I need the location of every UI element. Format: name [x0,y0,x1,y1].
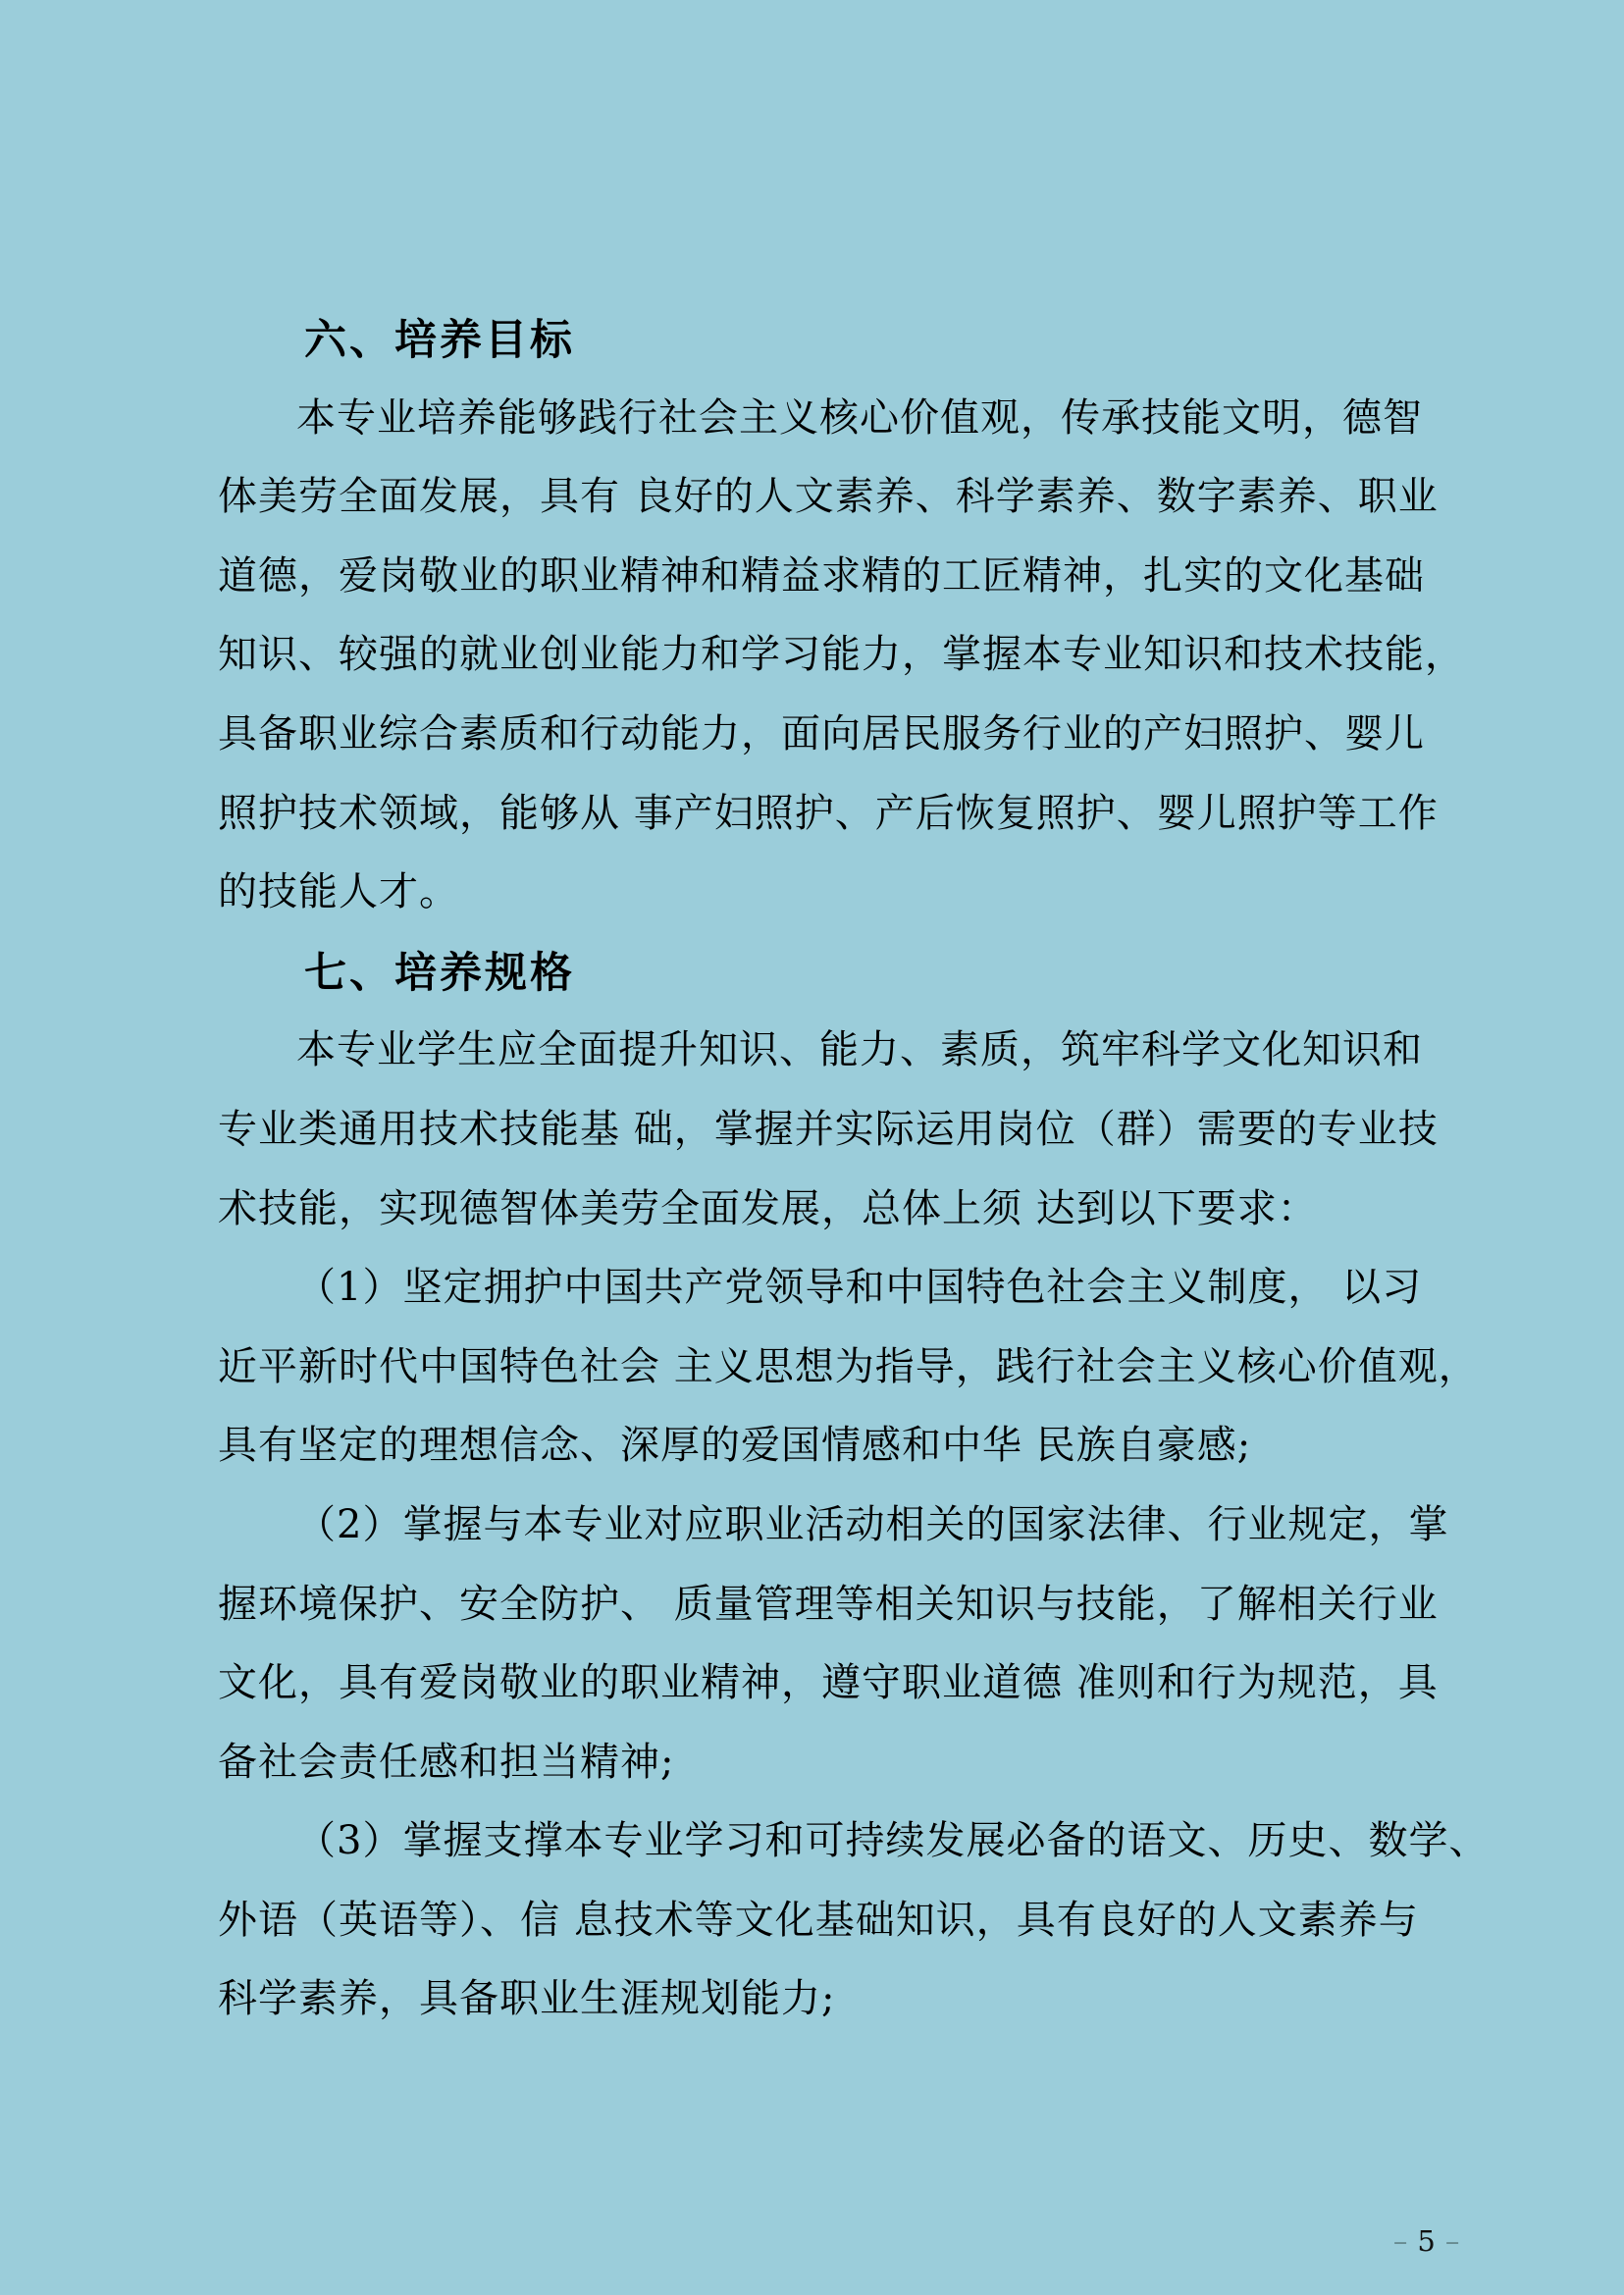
text-line: （1）坚定拥护中国共产党领导和中国特色社会主义制度， 以习 [218,1265,1474,1344]
footer-dash-left: – [1393,2224,1408,2258]
text-line: 知识、较强的就业创业能力和学习能力，掌握本专业知识和技术技能， [218,632,1474,711]
text-line: 近平新时代中国特色社会 主义思想为指导，践行社会主义核心价值观， [218,1344,1474,1424]
text-line: 专业类通用技术技能基 础，掌握并实际运用岗位（群）需要的专业技 [218,1107,1474,1186]
page-number-footer: –5– [1357,2194,1459,2288]
document-page: 六、培养目标本专业培养能够践行社会主义核心价值观，传承技能文明，德智体美劳全面发… [0,0,1624,2295]
footer-dash-right: – [1445,2224,1460,2258]
text-line: 握环境保护、安全防护、 质量管理等相关知识与技能，了解相关行业 [218,1582,1474,1661]
section-heading: 六、培养目标 [218,316,1474,395]
text-line: 文化，具有爱岗敬业的职业精神，遵守职业道德 准则和行为规范，具 [218,1660,1474,1740]
text-line: 具有坚定的理想信念、深厚的爱国情感和中华 民族自豪感; [218,1423,1474,1502]
text-line: （3）掌握支撑本专业学习和可持续发展必备的语文、历史、数学、 [218,1818,1474,1898]
text-line: 具备职业综合素质和行动能力，面向居民服务行业的产妇照护、婴儿 [218,711,1474,791]
page-number: 5 [1407,2224,1444,2258]
document-body: 六、培养目标本专业培养能够践行社会主义核心价值观，传承技能文明，德智体美劳全面发… [218,316,1474,2056]
text-line: （2）掌握与本专业对应职业活动相关的国家法律、行业规定，掌 [218,1502,1474,1582]
text-line: 本专业培养能够践行社会主义核心价值观，传承技能文明，德智 [218,395,1474,475]
text-line: 术技能，实现德智体美劳全面发展，总体上须 达到以下要求： [218,1186,1474,1266]
text-line: 的技能人才。 [218,869,1474,949]
text-line: 外语（英语等）、信 息技术等文化基础知识，具有良好的人文素养与 [218,1898,1474,1977]
text-line: 科学素养，具备职业生涯规划能力; [218,1976,1474,2056]
text-line: 本专业学生应全面提升知识、能力、素质，筑牢科学文化知识和 [218,1027,1474,1107]
text-line: 照护技术领域，能够从 事产妇照护、产后恢复照护、婴儿照护等工作 [218,791,1474,870]
text-line: 体美劳全面发展，具有 良好的人文素养、科学素养、数字素养、职业 [218,474,1474,553]
text-line: 备社会责任感和担当精神; [218,1740,1474,1819]
section-heading: 七、培养规格 [218,949,1474,1028]
text-line: 道德，爱岗敬业的职业精神和精益求精的工匠精神，扎实的文化基础 [218,553,1474,633]
